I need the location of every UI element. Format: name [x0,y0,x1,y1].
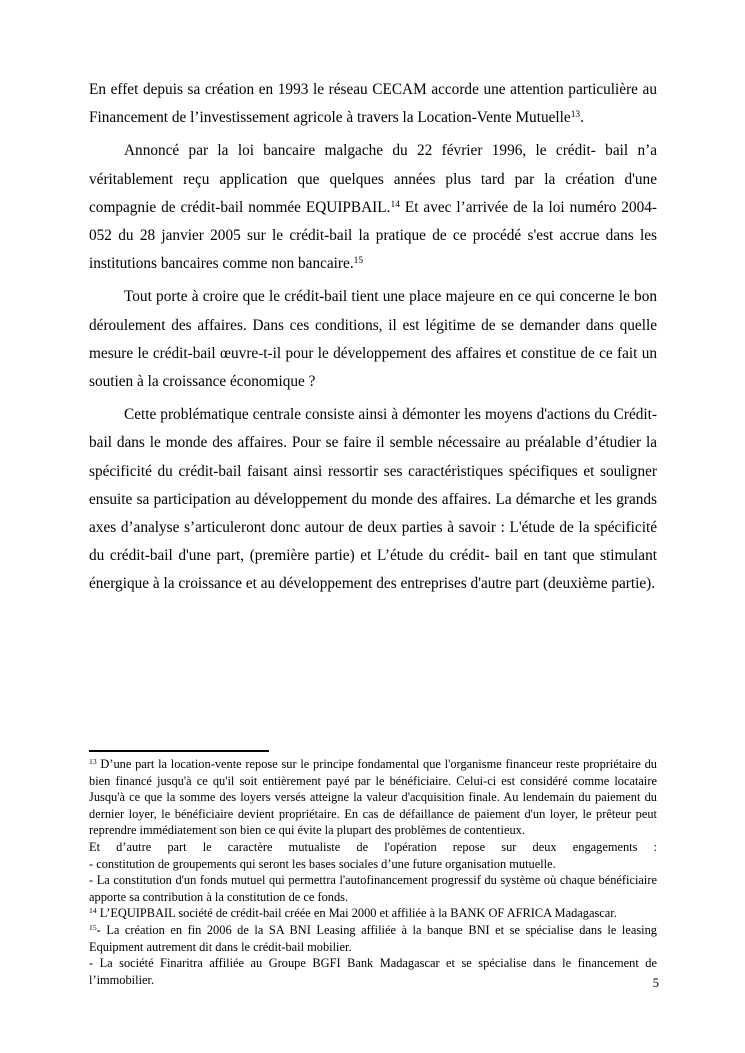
footnote-item: Et d’autre part le caractère mutualiste … [89,839,657,856]
footnote-ref: 13 [571,110,580,120]
footnote-item: 13 D’une part la location-vente repose s… [89,756,657,839]
footnote-ref: 14 [89,906,97,915]
body-paragraph: Cette problématique centrale consiste ai… [89,401,657,598]
footnote-ref: 15 [89,923,97,932]
body-paragraph: Annoncé par la loi bancaire malgache du … [89,137,657,278]
footnotes: 13 D’une part la location-vente repose s… [89,756,657,988]
footnote-item: 15- La création en fin 2006 de la SA BNI… [89,922,657,955]
footnote-item: - constitution de groupements qui seront… [89,856,657,873]
footnote-item: 14 L’EQUIPBAIL société de crédit-bail cr… [89,905,657,922]
body-text: En effet depuis sa création en 1993 le r… [89,76,657,604]
document-page: En effet depuis sa création en 1993 le r… [0,0,745,1053]
body-paragraph: Tout porte à croire que le crédit-bail t… [89,283,657,396]
footnote-ref: 14 [390,200,399,210]
page-number: 5 [653,976,659,991]
footnote-ref: 15 [354,256,363,266]
footnote-item: - La constitution d'un fonds mutuel qui … [89,872,657,905]
footnote-item: - La société Finaritra affiliée au Group… [89,955,657,988]
footnote-separator [89,750,269,752]
body-paragraph: En effet depuis sa création en 1993 le r… [89,76,657,132]
footnote-ref: 13 [89,757,97,766]
